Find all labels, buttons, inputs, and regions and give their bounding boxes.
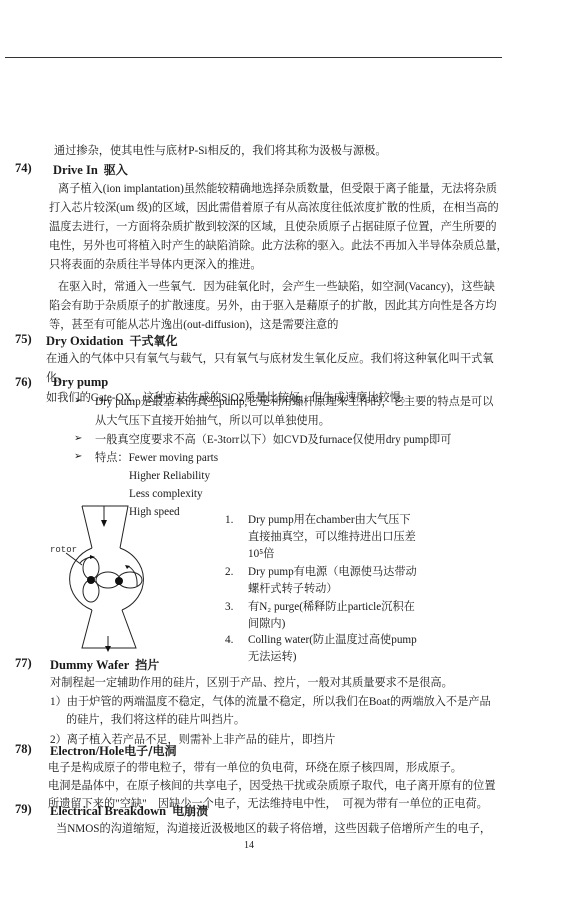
numbered-index: 2. bbox=[225, 563, 233, 582]
section-title-cn: 电子/电洞 bbox=[124, 744, 176, 758]
section-title-en: Electron/Hole bbox=[50, 744, 124, 758]
section-title-en: Electrical Breakdown bbox=[50, 804, 166, 818]
section-title-cn: 电崩溃 bbox=[172, 804, 208, 818]
paragraph-line: 1）由于炉管的两端温度不稳定，气体的流量不稳定，所以我们在Boat的两端放入不是… bbox=[50, 693, 491, 712]
numbered-index: 1. bbox=[225, 511, 233, 530]
section-title-en: Dummy Wafer bbox=[50, 658, 129, 672]
section-number: 79) bbox=[15, 802, 32, 817]
paragraph-line: 当NMOS的沟道缩短，沟道接近汲极地区的载子将倍增，这些因载子倍增所产生的电子， bbox=[56, 820, 491, 839]
paragraph-line: 电子是构成原子的带电粒子，带有一单位的负电荷，环绕在原子核四周，形成原子。 bbox=[48, 759, 462, 778]
numbered-line: 螺杆式转子转动） bbox=[248, 580, 338, 599]
numbered-index: 4. bbox=[225, 631, 233, 650]
paragraph-line: 的硅片，我们将这样的硅片叫挡片。 bbox=[66, 711, 245, 730]
paragraph-line: 电洞是晶体中，在原子核间的共享电子，因受热干扰或杂质原子取代，电子离开原有的位置 bbox=[48, 777, 496, 796]
numbered-line: 10⁵倍 bbox=[248, 545, 274, 564]
page-number: 14 bbox=[244, 840, 254, 851]
section-number: 77) bbox=[15, 656, 32, 671]
section-title: Electron/Hole电子/电洞 bbox=[50, 742, 176, 759]
rotor-label: rotor bbox=[50, 545, 77, 555]
section-title: Electrical Breakdown电崩溃 bbox=[50, 802, 208, 819]
section-number: 78) bbox=[15, 742, 32, 757]
section-title-cn: 挡片 bbox=[135, 658, 159, 672]
numbered-index: 3. bbox=[225, 598, 233, 617]
numbered-line: 无法运转) bbox=[248, 648, 296, 667]
paragraph-line: 对制程起一定辅助作用的硅片，区别于产品、控片，一般对其质量要求不是很高。 bbox=[50, 674, 453, 693]
section-title: Dummy Wafer挡片 bbox=[50, 656, 159, 673]
